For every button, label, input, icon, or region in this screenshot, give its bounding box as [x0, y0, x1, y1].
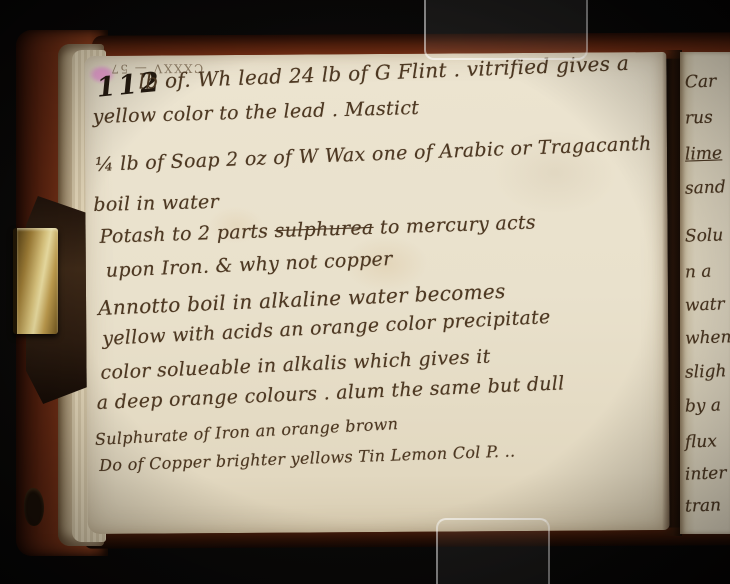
facing-page-fragment: sligh — [685, 361, 727, 382]
facing-page-fragment: sand — [685, 177, 726, 198]
conservation-clip-top — [424, 0, 588, 60]
facing-page-fragment: rus — [685, 108, 713, 129]
page-gutter-shadow — [662, 50, 682, 536]
conservation-clip-bottom — [436, 518, 550, 584]
facing-page-fragment: lime — [685, 143, 723, 164]
manuscript-line: Do of Copper brighter yellows Tin Lemon … — [99, 441, 516, 475]
facing-page-fragment: by a — [685, 395, 722, 416]
brass-clasp — [13, 228, 58, 334]
facing-page-fragment: flux — [685, 431, 718, 452]
notebook-page: CXXXV — 57 112 lb of. Wh lead 24 lb of G… — [84, 52, 669, 534]
manuscript-line: yellow color to the lead . Mastict — [92, 97, 419, 128]
manuscript-line: Sulphurate of Iron an orange brown — [95, 414, 399, 449]
manuscript-line: ¼ lb of Soap 2 oz of W Wax one of Arabic… — [95, 133, 652, 176]
facing-page-fragment: watr — [685, 294, 725, 315]
facing-page-fragment: Solu — [685, 225, 724, 246]
clasp-keeper — [24, 488, 44, 526]
manuscript-line: boil in water — [93, 191, 219, 216]
manuscript-line: Potash to 2 parts sulphurea to mercury a… — [99, 211, 536, 247]
facing-page-fragment: Car — [685, 71, 717, 92]
facing-page-fragment: when — [685, 327, 730, 349]
facing-page-fragment: inter — [685, 463, 727, 484]
notebook-photo: CXXXV — 57 112 lb of. Wh lead 24 lb of G… — [0, 0, 730, 584]
facing-page-fragment: tran — [685, 495, 722, 516]
manuscript-line-segment: Potash to 2 parts — [99, 220, 275, 248]
facing-page-edge: CarruslimesandSolun awatrwhenslighby afl… — [680, 52, 730, 534]
manuscript-line-segment: sulphurea — [274, 217, 374, 242]
manuscript-line: upon Iron. & why not copper — [105, 248, 393, 282]
manuscript-line-segment: to mercury acts — [373, 211, 536, 238]
facing-page-fragment: n a — [685, 262, 712, 283]
